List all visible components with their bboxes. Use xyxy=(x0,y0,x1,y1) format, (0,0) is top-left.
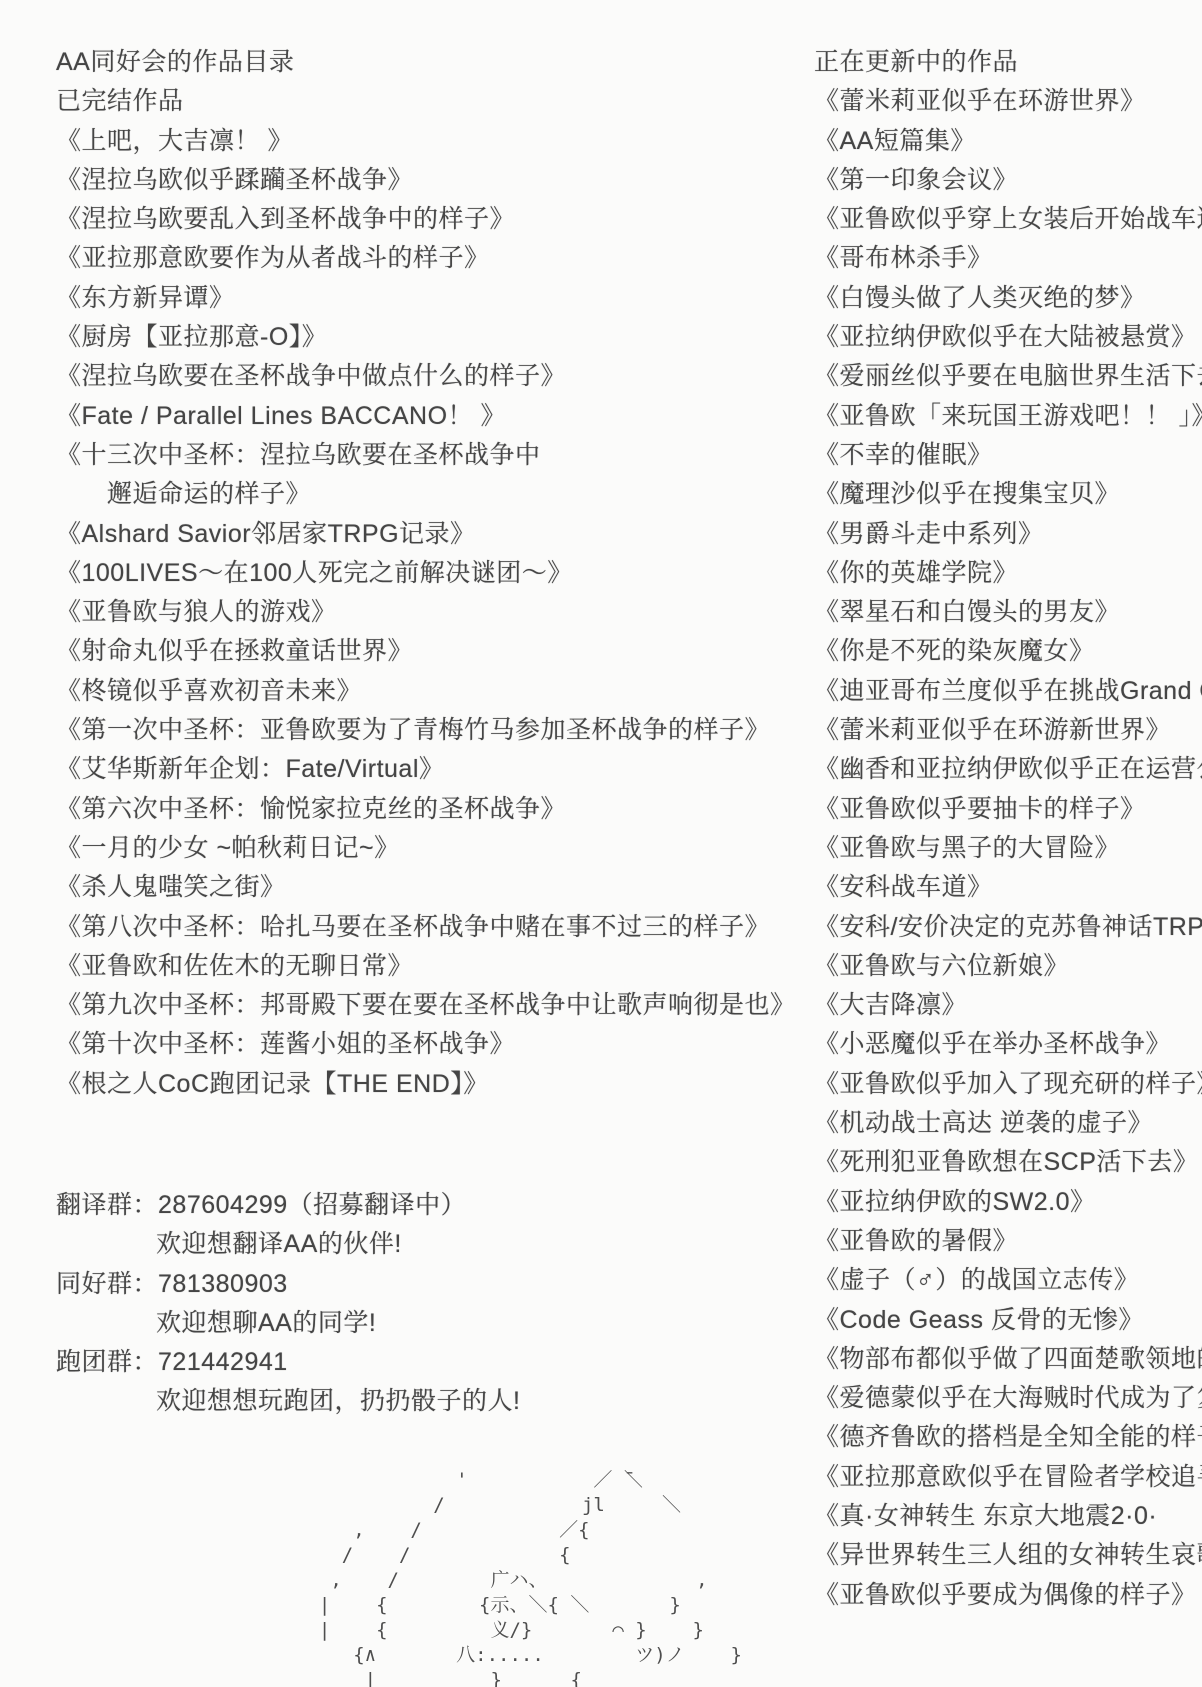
work-title: 《你是不死的染灰魔女》 xyxy=(814,632,1202,671)
work-title: 《亚鲁欧似乎穿上女装后开始战车道 xyxy=(814,200,1202,239)
work-title: 《第八次中圣杯：哈扎马要在圣杯战争中赌在事不过三的样子》 xyxy=(56,908,796,947)
contact-label: 跑团群： xyxy=(56,1348,158,1376)
work-title: 《亚鲁欧似乎要成为偶像的样子》 xyxy=(814,1576,1202,1615)
work-title: 《大吉降凛》 xyxy=(814,986,1202,1025)
contact-line: 跑团群：721442941 xyxy=(56,1343,520,1382)
work-title: 《亚鲁欧与狼人的游戏》 xyxy=(56,593,796,632)
updating-works-column: 正在更新中的作品 《蕾米莉亚似乎在环游世界》《AA短篇集》《第一印象会议》《亚鲁… xyxy=(814,43,1202,1615)
completed-works-list: 《上吧，大吉凛！ 》《涅拉乌欧似乎蹂躏圣杯战争》《涅拉乌欧要乱入到圣杯战争中的样… xyxy=(56,122,796,1104)
left-column-subtitle: 已完结作品 xyxy=(56,82,796,121)
work-title: 《物部布都似乎做了四面楚歌领地的 xyxy=(814,1340,1202,1379)
work-title: 《第九次中圣杯：邦哥殿下要在要在圣杯战争中让歌声响彻是也》 xyxy=(56,986,796,1025)
work-title: 《蕾米莉亚似乎在环游新世界》 xyxy=(814,711,1202,750)
right-column-title: 正在更新中的作品 xyxy=(814,43,1202,82)
work-title: 《爱丽丝似乎要在电脑世界生活下去 xyxy=(814,357,1202,396)
work-title: 《上吧，大吉凛！ 》 xyxy=(56,122,796,161)
work-title: 《异世界转生三人组的女神转生哀歌 xyxy=(814,1536,1202,1575)
contact-note: 欢迎想翻译AA的伙伴! xyxy=(56,1225,520,1264)
work-title: 《根之人CoC跑团记录【THE END】》 xyxy=(56,1065,796,1104)
work-title: 《真·女神转生 东京大地震2·0· xyxy=(814,1497,1202,1536)
work-title: 《安科战车道》 xyxy=(814,868,1202,907)
work-title: 《安科/安价决定的克苏鲁神话TRPG xyxy=(814,908,1202,947)
work-title: 《100LIVES～在100人死完之前解决谜团～》 xyxy=(56,554,796,593)
work-title: 《迪亚哥布兰度似乎在挑战Grand Order xyxy=(814,672,1202,711)
work-title: 《一月的少女 ~帕秋莉日记~》 xyxy=(56,829,796,868)
work-title: 《德齐鲁欧的搭档是全知全能的样子 xyxy=(814,1418,1202,1457)
work-title: 《亚拉那意欧似乎在冒险者学校追寻 xyxy=(814,1458,1202,1497)
work-title: 《第一次中圣杯：亚鲁欧要为了青梅竹马参加圣杯战争的样子》 xyxy=(56,711,796,750)
work-title: 《Code Geass 反骨的无惨》 xyxy=(814,1301,1202,1340)
contact-line: 翻译群：287604299（招募翻译中） xyxy=(56,1186,520,1225)
work-title: 《涅拉乌欧似乎蹂躏圣杯战争》 xyxy=(56,161,796,200)
work-title: 《蕾米莉亚似乎在环游世界》 xyxy=(814,82,1202,121)
work-title: 《你的英雄学院》 xyxy=(814,554,1202,593)
work-title: 《白馒头做了人类灭绝的梦》 xyxy=(814,279,1202,318)
contact-group-fans: 同好群：781380903 欢迎想聊AA的同学! xyxy=(56,1265,520,1344)
work-title: 《厨房【亚拉那意-O】》 xyxy=(56,318,796,357)
ascii-art: ' ／ ̄＼ / jl ＼ , / ／{ / / { , / 广ハ、 , | {… xyxy=(296,1468,742,1687)
work-title: 《亚鲁欧与六位新娘》 xyxy=(814,947,1202,986)
contact-line: 同好群：781380903 xyxy=(56,1265,520,1304)
work-title: 《哥布林杀手》 xyxy=(814,239,1202,278)
left-column-title: AA同好会的作品目录 xyxy=(56,43,796,82)
work-title: 《男爵斗走中系列》 xyxy=(814,515,1202,554)
contact-qq-number: 721442941 xyxy=(158,1348,288,1376)
contact-group-translation: 翻译群：287604299（招募翻译中） 欢迎想翻译AA的伙伴! xyxy=(56,1186,520,1265)
work-title: 《亚鲁欧和佐佐木的无聊日常》 xyxy=(56,947,796,986)
work-title: 《杀人鬼嗤笑之街》 xyxy=(56,868,796,907)
work-title: 《翠星石和白馒头的男友》 xyxy=(814,593,1202,632)
page: AA同好会的作品目录 已完结作品 《上吧，大吉凛！ 》《涅拉乌欧似乎蹂躏圣杯战争… xyxy=(0,0,1202,1687)
work-title: 《柊镜似乎喜欢初音未来》 xyxy=(56,672,796,711)
contact-note: 欢迎想聊AA的同学! xyxy=(56,1304,520,1343)
completed-works-column: AA同好会的作品目录 已完结作品 《上吧，大吉凛！ 》《涅拉乌欧似乎蹂躏圣杯战争… xyxy=(56,43,796,1104)
work-title: 《涅拉乌欧要在圣杯战争中做点什么的样子》 xyxy=(56,357,796,396)
work-title: 《亚拉纳伊欧似乎在大陆被悬赏》 xyxy=(814,318,1202,357)
work-title: 《爱德蒙似乎在大海贼时代成为了复 xyxy=(814,1379,1202,1418)
work-title: 《不幸的催眠》 xyxy=(814,436,1202,475)
contact-note: 欢迎想想玩跑团，扔扔骰子的人! xyxy=(56,1382,520,1421)
work-title: 《Fate / Parallel Lines BACCANO！ 》 xyxy=(56,397,796,436)
contact-label: 同好群： xyxy=(56,1270,158,1298)
work-title: 《艾华斯新年企划：Fate/Virtual》 xyxy=(56,750,796,789)
work-title: 《东方新异谭》 xyxy=(56,279,796,318)
contact-group-trpg: 跑团群：721442941 欢迎想想玩跑团，扔扔骰子的人! xyxy=(56,1343,520,1422)
updating-works-list: 《蕾米莉亚似乎在环游世界》《AA短篇集》《第一印象会议》《亚鲁欧似乎穿上女装后开… xyxy=(814,82,1202,1615)
work-title: 《涅拉乌欧要乱入到圣杯战争中的样子》 xyxy=(56,200,796,239)
work-title: 《亚鲁欧「来玩国王游戏吧！！ 」》 xyxy=(814,397,1202,436)
work-title: 《第六次中圣杯：愉悦家拉克丝的圣杯战争》 xyxy=(56,790,796,829)
work-title: 《Alshard Savior邻居家TRPG记录》 xyxy=(56,515,796,554)
work-title: 《死刑犯亚鲁欧想在SCP活下去》 xyxy=(814,1143,1202,1182)
work-title: 《AA短篇集》 xyxy=(814,122,1202,161)
contact-info: 翻译群：287604299（招募翻译中） 欢迎想翻译AA的伙伴! 同好群：781… xyxy=(56,1186,520,1422)
work-title: 《魔理沙似乎在搜集宝贝》 xyxy=(814,475,1202,514)
contact-label: 翻译群： xyxy=(56,1191,158,1219)
contact-qq-number: 287604299（招募翻译中） xyxy=(158,1191,466,1219)
work-title: 《机动战士高达 逆袭的虚子》 xyxy=(814,1104,1202,1143)
work-title: 《亚拉纳伊欧的SW2.0》 xyxy=(814,1183,1202,1222)
work-title: 《十三次中圣杯：涅拉乌欧要在圣杯战争中 xyxy=(56,436,796,475)
work-title: 《第一印象会议》 xyxy=(814,161,1202,200)
work-title: 《第十次中圣杯：莲酱小姐的圣杯战争》 xyxy=(56,1025,796,1064)
work-title: 《亚鲁欧与黑子的大冒险》 xyxy=(814,829,1202,868)
work-title: 《亚鲁欧似乎要抽卡的样子》 xyxy=(814,790,1202,829)
contact-qq-number: 781380903 xyxy=(158,1270,288,1298)
work-title: 《小恶魔似乎在举办圣杯战争》 xyxy=(814,1025,1202,1064)
work-title: 《亚鲁欧的暑假》 xyxy=(814,1222,1202,1261)
work-title: 《射命丸似乎在拯救童话世界》 xyxy=(56,632,796,671)
work-title: 《虚子（♂）的战国立志传》 xyxy=(814,1261,1202,1300)
work-title: 《亚拉那意欧要作为从者战斗的样子》 xyxy=(56,239,796,278)
work-title: 《亚鲁欧似乎加入了现充研的样子》 xyxy=(814,1065,1202,1104)
work-title: 《幽香和亚拉纳伊欧似乎正在运营公 xyxy=(814,750,1202,789)
work-title: 邂逅命运的样子》 xyxy=(56,475,796,514)
